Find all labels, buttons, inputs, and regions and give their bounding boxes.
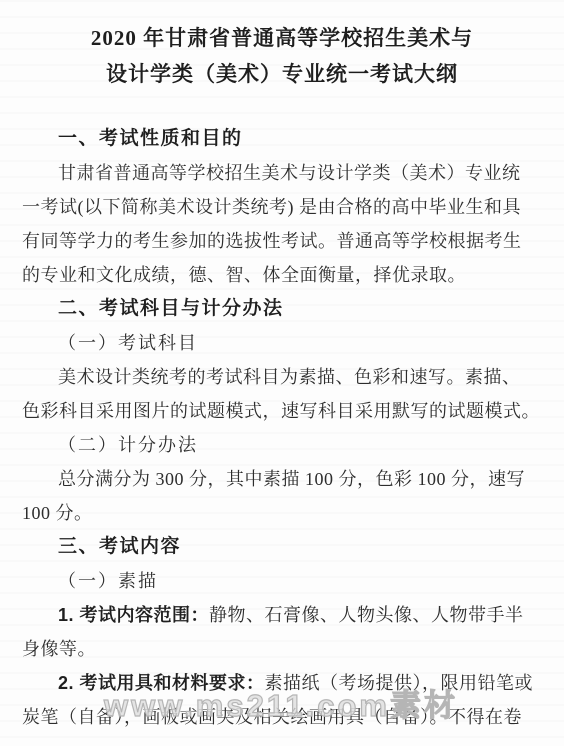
line-text: 美术设计类统考的考试科目为素描、色彩和速写。素描、 <box>58 367 521 387</box>
document-line: 有同等学力的考生参加的选拔性考试。普通高等学校根据考生 <box>22 224 546 258</box>
line-text: 炭笔（自备），画板或画夹及相关绘画用具（自备）。不得在卷 <box>22 707 522 727</box>
document-title: 2020 年甘肃省普通高等学校招生美术与 设计学类（美术）专业统一考试大纲 <box>0 0 564 92</box>
document-line: 2. 考试用具和材料要求：素描纸（考场提供），限用铅笔或 <box>22 666 546 700</box>
line-text: 身像等。 <box>22 639 96 659</box>
document-line: 的专业和文化成绩，德、智、体全面衡量，择优录取。 <box>22 258 546 292</box>
line-text: （二）计分办法 <box>58 435 198 455</box>
line-text: 甘肃省普通高等学校招生美术与设计学类（美术）专业统 <box>58 163 521 183</box>
line-text: 的专业和文化成绩，德、智、体全面衡量，择优录取。 <box>22 265 466 285</box>
document-line: 二、考试科目与计分办法 <box>22 292 546 326</box>
line-text: 一、考试性质和目的 <box>58 128 243 149</box>
document-line: 100 分。 <box>22 496 546 530</box>
line-text: 静物、石膏像、人物头像、人物带手半 <box>209 605 524 625</box>
document-line: 一、考试性质和目的 <box>22 122 546 156</box>
line-text: 二、考试科目与计分办法 <box>58 298 284 319</box>
line-text: 素描纸（考场提供），限用铅笔或 <box>265 673 534 693</box>
line-bold-prefix: 1. 考试内容范围： <box>58 605 209 625</box>
line-text: 一考试(以下简称美术设计类统考) 是由合格的高中毕业生和具 <box>22 197 521 217</box>
document-line: （一）素描 <box>22 564 546 598</box>
document-line: （一）考试科目 <box>22 326 546 360</box>
line-text: 总分满分为 300 分，其中素描 100 分，色彩 100 分，速写 <box>58 469 525 489</box>
document-line: （二）计分办法 <box>22 428 546 462</box>
line-text: 三、考试内容 <box>58 536 181 557</box>
document-line: 三、考试内容 <box>22 530 546 564</box>
line-bold-prefix: 2. 考试用具和材料要求： <box>58 673 265 693</box>
line-text: （一）素描 <box>58 571 158 591</box>
line-text: 100 分。 <box>22 503 93 523</box>
document-body: 一、考试性质和目的甘肃省普通高等学校招生美术与设计学类（美术）专业统一考试(以下… <box>0 122 564 734</box>
document-line: 身像等。 <box>22 632 546 666</box>
document-line: 甘肃省普通高等学校招生美术与设计学类（美术）专业统 <box>22 156 546 190</box>
document-line: 色彩科目采用图片的试题模式，速写科目采用默写的试题模式。 <box>22 394 546 428</box>
document-line: 美术设计类统考的考试科目为素描、色彩和速写。素描、 <box>22 360 546 394</box>
line-text: 有同等学力的考生参加的选拔性考试。普通高等学校根据考生 <box>22 231 522 251</box>
document-line: 炭笔（自备），画板或画夹及相关绘画用具（自备）。不得在卷 <box>22 700 546 734</box>
document-page: 2020 年甘肃省普通高等学校招生美术与 设计学类（美术）专业统一考试大纲 一、… <box>0 0 564 746</box>
document-line: 一考试(以下简称美术设计类统考) 是由合格的高中毕业生和具 <box>22 190 546 224</box>
document-line: 总分满分为 300 分，其中素描 100 分，色彩 100 分，速写 <box>22 462 546 496</box>
document-title-line-1: 2020 年甘肃省普通高等学校招生美术与 <box>0 20 564 56</box>
document-title-line-2: 设计学类（美术）专业统一考试大纲 <box>0 56 564 92</box>
document-line: 1. 考试内容范围：静物、石膏像、人物头像、人物带手半 <box>22 598 546 632</box>
line-text: （一）考试科目 <box>58 333 198 353</box>
line-text: 色彩科目采用图片的试题模式，速写科目采用默写的试题模式。 <box>22 401 540 421</box>
